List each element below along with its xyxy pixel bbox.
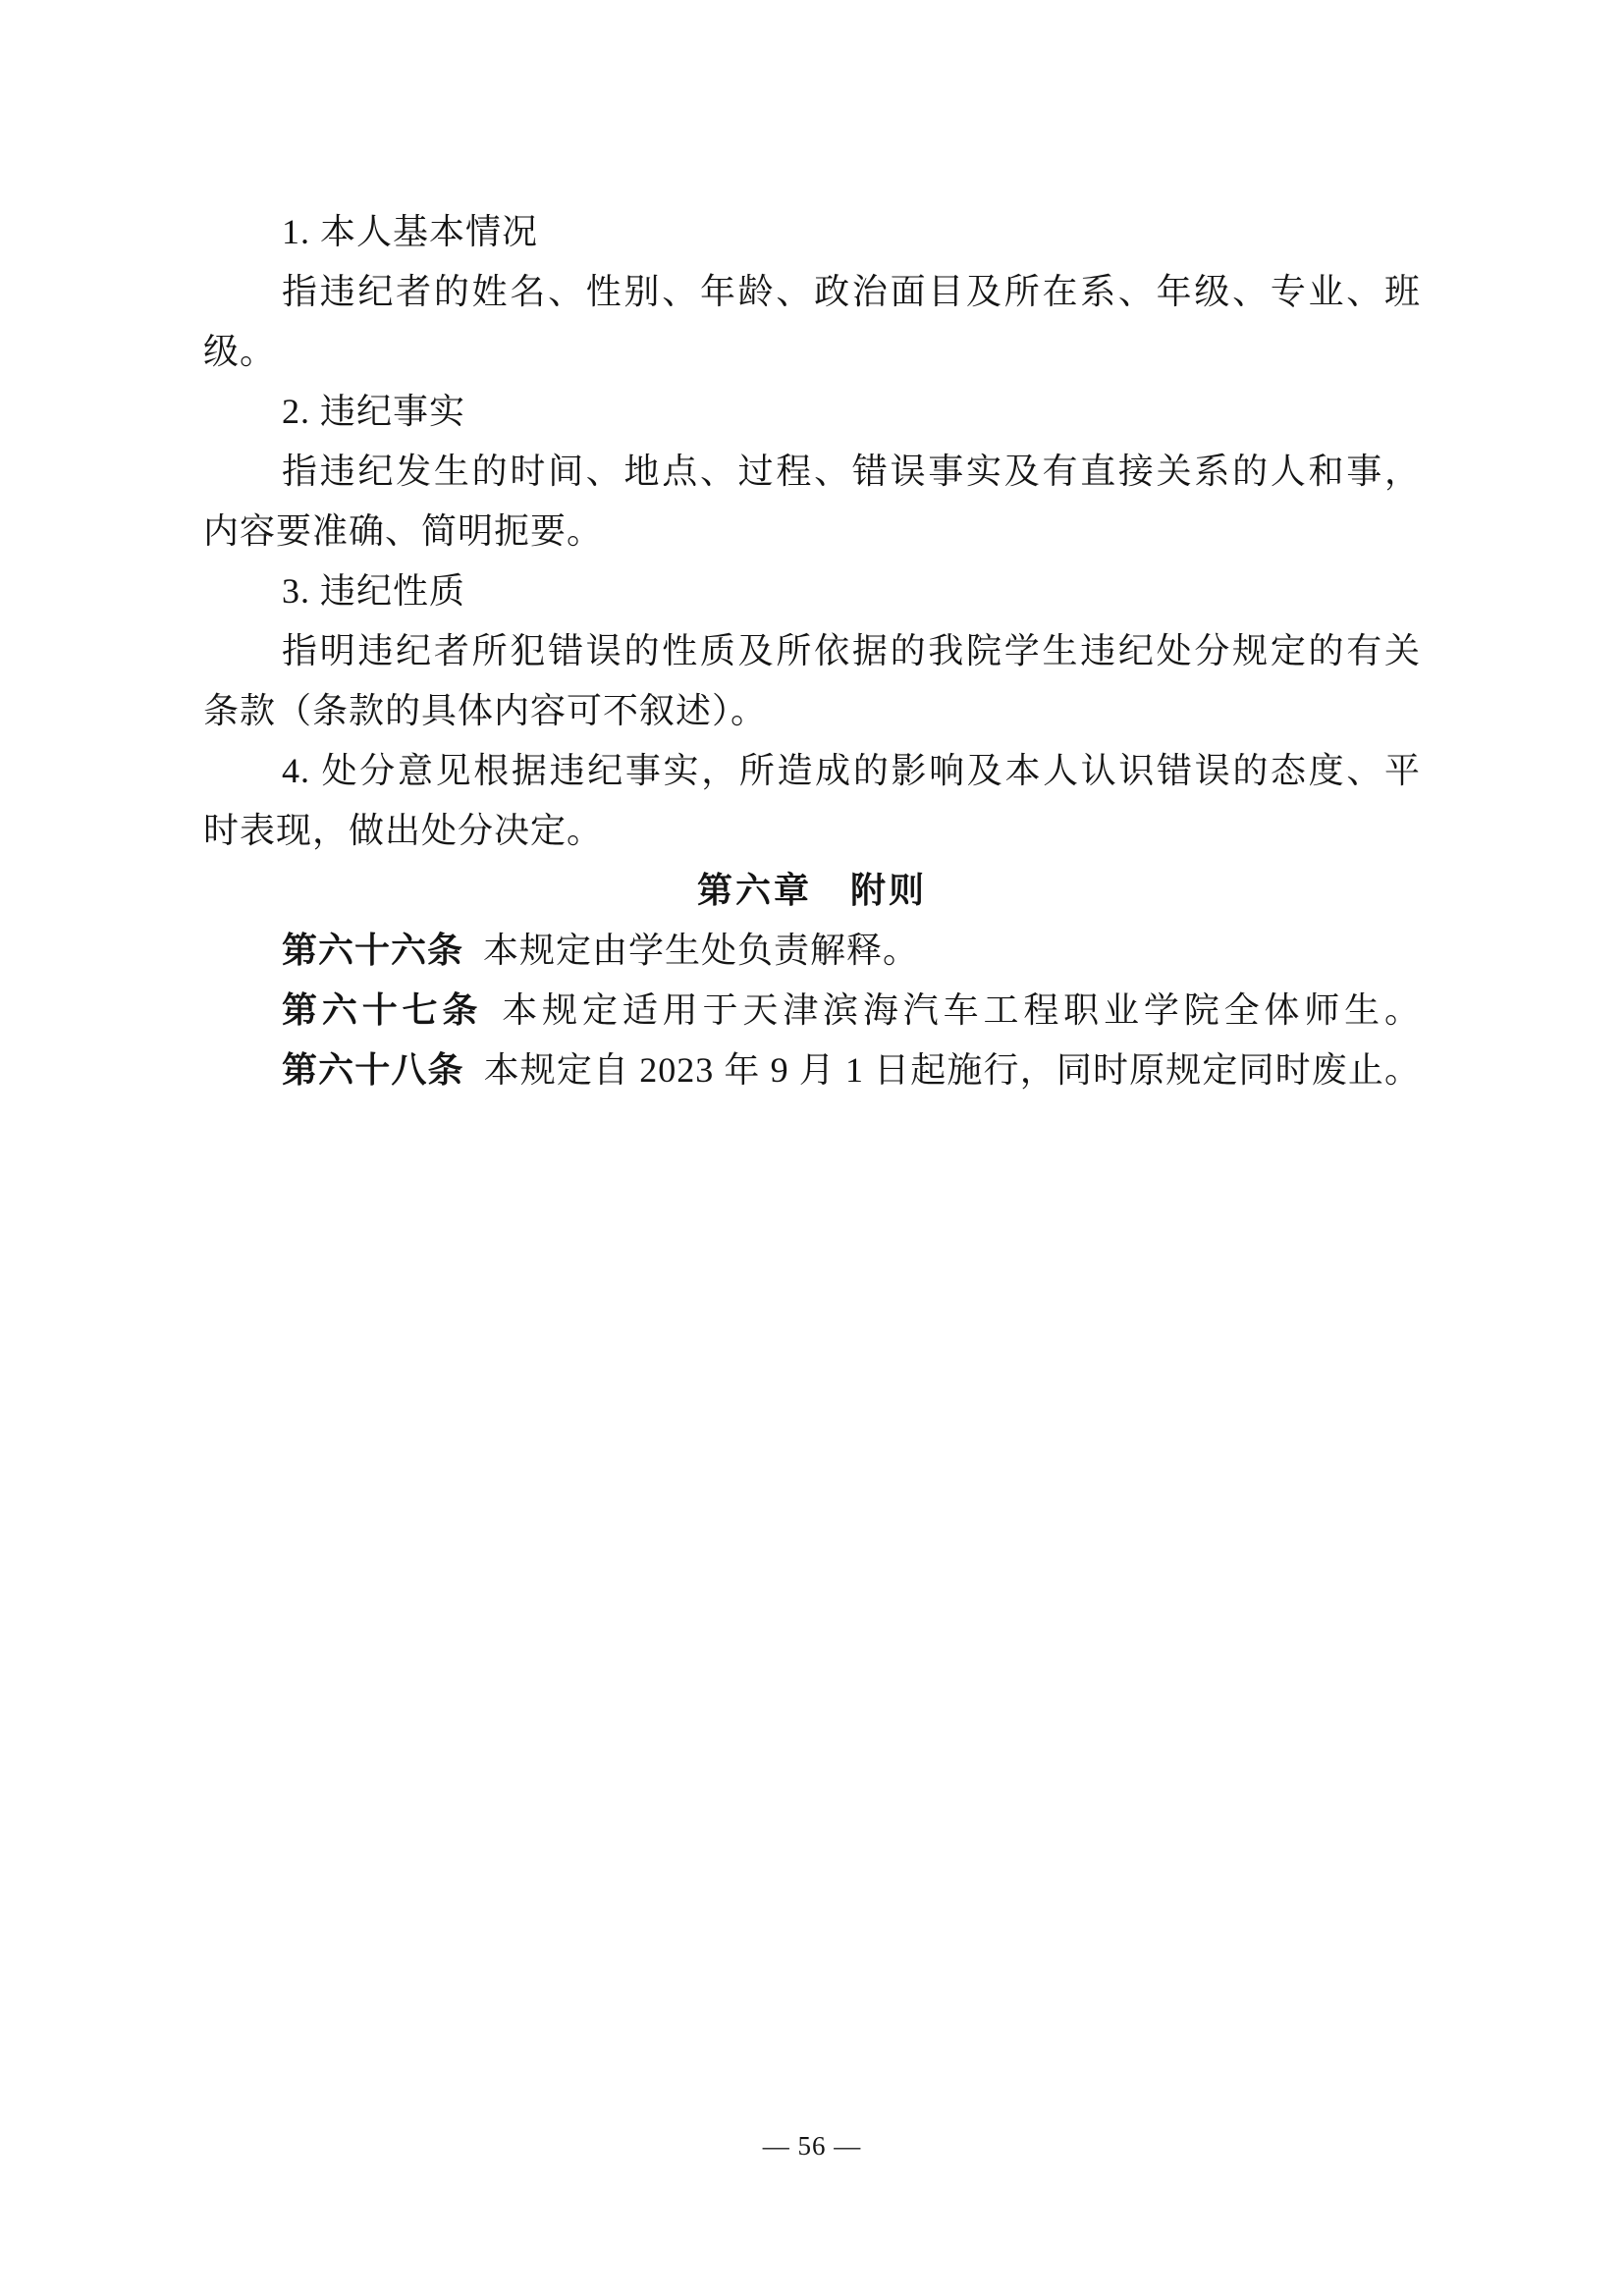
article-68-label: 第六十八条: [282, 1050, 464, 1090]
list-item-4: 4. 处分意见根据违纪事实，所造成的影响及本人认识错误的态度、平: [203, 741, 1421, 801]
article-67-line: 第六十七条本规定适用于天津滨海汽车工程职业学院全体师生。: [203, 981, 1421, 1041]
article-66-line: 第六十六条本规定由学生处负责解释。: [203, 921, 1421, 981]
paragraph-line: 时表现，做出处分决定。: [203, 801, 1421, 861]
paragraph-line: 内容要准确、简明扼要。: [203, 502, 1421, 561]
list-item-3: 3. 违纪性质: [203, 561, 1421, 621]
paragraph-line: 级。: [203, 322, 1421, 382]
paragraph-line: 指明违纪者所犯错误的性质及所依据的我院学生违纪处分规定的有关: [203, 621, 1421, 681]
article-68-line: 第六十八条本规定自 2023 年 9 月 1 日起施行，同时原规定同时废止。: [203, 1041, 1421, 1100]
article-67-label: 第六十七条: [282, 990, 482, 1030]
article-68-text: 本规定自 2023 年 9 月 1 日起施行，同时原规定同时废止。: [484, 1050, 1421, 1090]
document-body: 1. 本人基本情况 指违纪者的姓名、性别、年龄、政治面目及所在系、年级、专业、班…: [203, 202, 1421, 1100]
chapter-heading: 第六章 附则: [203, 861, 1421, 921]
article-66-text: 本规定由学生处负责解释。: [483, 931, 919, 970]
article-67-text: 本规定适用于天津滨海汽车工程职业学院全体师生。: [502, 990, 1421, 1030]
paragraph-line: 指违纪发生的时间、地点、过程、错误事实及有直接关系的人和事，: [203, 442, 1421, 502]
paragraph-line: 条款（条款的具体内容可不叙述）。: [203, 681, 1421, 741]
page-number: — 56 —: [0, 2130, 1624, 2162]
list-item-2: 2. 违纪事实: [203, 382, 1421, 442]
list-item-1: 1. 本人基本情况: [203, 202, 1421, 262]
article-66-label: 第六十六条: [282, 931, 463, 970]
paragraph-line: 指违纪者的姓名、性别、年龄、政治面目及所在系、年级、专业、班: [203, 262, 1421, 322]
document-page: 1. 本人基本情况 指违纪者的姓名、性别、年龄、政治面目及所在系、年级、专业、班…: [0, 0, 1624, 2296]
